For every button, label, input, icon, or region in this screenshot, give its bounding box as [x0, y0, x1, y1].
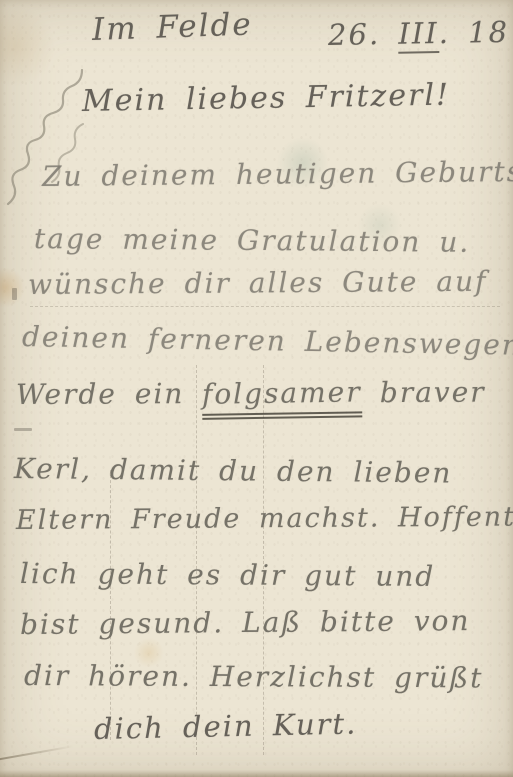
handwriting-line: deinen ferneren Lebenswegen: [22, 320, 513, 362]
salutation-line: Mein liebes Fritzerl!: [82, 78, 451, 119]
handwriting-line: Kerl, damit du den lieben: [14, 452, 453, 490]
paper-crack: [0, 745, 74, 761]
date-year: . 18: [438, 15, 509, 50]
handwriting-line: dir hören. Herzlichst grüßt: [24, 659, 484, 694]
handwriting-line-emphasis: Werde ein folgsamer braver: [16, 376, 486, 420]
emphasis-post: braver: [362, 376, 486, 410]
handwriting-line: tage meine Gratulation u.: [34, 222, 471, 259]
paper-edge-shadow: [0, 770, 513, 777]
pencil-dash: [14, 428, 32, 431]
handwriting-line: wünsche dir alles Gute auf: [28, 265, 488, 301]
dateline-date: 26. III. 18: [328, 15, 510, 52]
handwriting-line: lich geht es dir gut und: [20, 557, 436, 593]
handwriting-line: bist gesund. Laß bitte von: [20, 604, 471, 641]
crease-line-horizontal: [30, 306, 500, 307]
date-day: 26.: [328, 17, 381, 52]
date-month-roman: III: [398, 16, 439, 54]
handwriting-line: Zu deinem heutigen Geburts-: [42, 155, 513, 193]
handwriting-line: Eltern Freude machst. Hoffent-: [16, 501, 513, 536]
pencil-speck: [12, 288, 17, 300]
dateline-place: Im Felde: [91, 6, 253, 48]
underlined-word: folgsamer: [202, 375, 362, 420]
signature-line: dich dein Kurt.: [94, 706, 358, 746]
postcard-scan: Im Felde 26. III. 18 Mein liebes Fritzer…: [0, 0, 513, 777]
emphasis-pre: Werde ein: [16, 377, 202, 411]
